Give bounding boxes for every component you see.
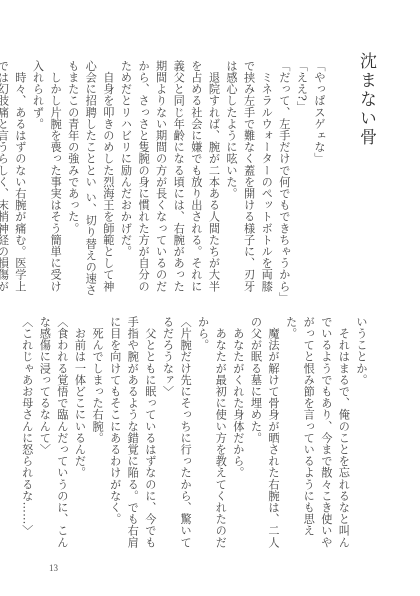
paragraph: いうことか。 xyxy=(352,316,370,548)
paragraph: 父とともに眠っているはずなのに、今でも手指や腕があるような錯覚に陥る。でも右肩に… xyxy=(106,316,159,548)
paragraph: ミネラルウォーターのペットボトルを両膝で挟み左手で難なく蓋を開ける様子に、刃牙は… xyxy=(222,60,275,300)
paragraph: 魔法が解けて骨身が晒された右腕は、二人の父が眠る墓に埋めた。 xyxy=(247,316,282,548)
paragraph: あなたが最初に使い方を教えてくれたのだから。 xyxy=(194,316,229,548)
paragraph: 「ええ?」 xyxy=(293,60,311,300)
paragraph: 「やっぱスゲェな」 xyxy=(310,60,328,300)
text-block-top: 「やっぱスゲェな」 「ええ?」 「だって、左手だけで何でもできちゃうから」 ミネ… xyxy=(38,60,328,300)
book-page: 沈まない骨 「やっぱスゲェな」 「ええ?」 「だって、左手だけで何でもできちゃう… xyxy=(0,0,420,596)
paragraph: 「だって、左手だけで何でもできちゃうから」 xyxy=(275,60,293,300)
paragraph: 〈食われる覚悟で臨んだっていうのに、こんな感傷に浸ってるなんて〉 xyxy=(36,316,71,548)
page-number: 13 xyxy=(49,563,58,573)
paragraph: 時々、あるはずのない右腕が痛む。医学上では幻肢痛と言うらしく、末梢神経の損傷が云… xyxy=(0,60,29,300)
paragraph: 退院すれば、腕が二本ある人間たちが大半を占める社会に嫌でも放り出される。それに義… xyxy=(117,60,223,300)
paragraph: 〈これじゃあお母さんに怒られるな……〉 xyxy=(18,316,36,548)
paragraph: 死んでしまった右腕。 xyxy=(89,316,107,548)
chapter-title: 沈まない骨 xyxy=(357,52,374,147)
paragraph: しかし片腕を喪った事実はそう簡単に受け入れられず。 xyxy=(29,60,64,300)
paragraph: 〈片腕だけ先にそっちに行ったから、驚いてるだろうなァ〉 xyxy=(159,316,194,548)
paragraph: 自身を叩きのめした烈海王を師範として神心会に招聘したこととい い、切り替えの速さ… xyxy=(64,60,117,300)
paragraph: それはまるで、俺のことを忘れるなと叫んでいるようでもあり、今まで散々こき使いやが… xyxy=(282,316,352,548)
paragraph: お前は一体どこにいるんだ。 xyxy=(71,316,89,548)
text-block-bottom: いうことか。 それはまるで、俺のことを忘れるなと叫んでいるようでもあり、今まで散… xyxy=(40,316,370,548)
paragraph: あなたがくれた身体だから。 xyxy=(229,316,247,548)
